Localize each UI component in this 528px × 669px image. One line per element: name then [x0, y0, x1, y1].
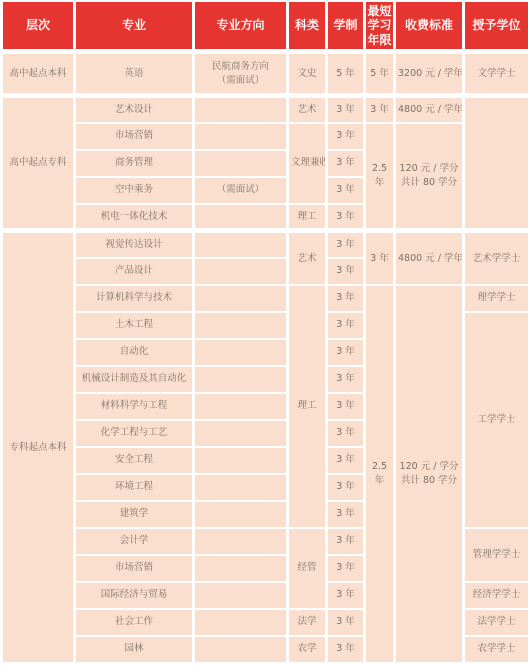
direction-cell — [194, 150, 288, 177]
fee-cell: 120 元 / 学分 共计 80 学分 — [395, 123, 464, 231]
degree-cell: 经济学学士 — [464, 582, 528, 609]
duration-cell: 3 年 — [327, 636, 365, 663]
header-row: 层次 专业 专业方向 科类 学制 最短学习年限 收费标准 授予学位 — [2, 1, 528, 52]
major-cell: 国际经济与贸易 — [75, 582, 194, 609]
level-cell: 高中起点本科 — [2, 52, 75, 96]
direction-cell — [194, 258, 288, 285]
category-cell: 文理兼收 — [288, 123, 327, 204]
duration-cell: 3 年 — [327, 285, 365, 312]
duration-cell: 3 年 — [327, 609, 365, 636]
direction-cell — [194, 555, 288, 582]
direction-cell — [194, 501, 288, 528]
direction-cell — [194, 393, 288, 420]
direction-cell: （需面试） — [194, 177, 288, 204]
direction-cell — [194, 420, 288, 447]
direction-line2: （需面试） — [197, 74, 284, 88]
min-years-cell: 3 年 — [365, 96, 395, 123]
major-cell: 商务管理 — [75, 150, 194, 177]
degree-cell: 文学学士 — [464, 52, 528, 96]
header-min-years: 最短学习年限 — [365, 1, 395, 52]
duration-cell: 3 年 — [327, 582, 365, 609]
direction-line1: 民航商务方向 — [197, 60, 284, 74]
major-cell: 空中乘务 — [75, 177, 194, 204]
header-major: 专业 — [75, 1, 194, 52]
major-cell: 安全工程 — [75, 447, 194, 474]
direction-cell — [194, 339, 288, 366]
duration-cell: 3 年 — [327, 501, 365, 528]
direction-cell — [194, 609, 288, 636]
major-cell: 视觉传达设计 — [75, 231, 194, 258]
direction-cell — [194, 582, 288, 609]
fee-line1: 120 元 / 学分 — [398, 162, 460, 176]
major-cell: 自动化 — [75, 339, 194, 366]
major-cell: 机械设计制造及其自动化 — [75, 366, 194, 393]
direction-cell — [194, 123, 288, 150]
category-cell: 艺术 — [288, 231, 327, 285]
direction-cell — [194, 312, 288, 339]
header-duration: 学制 — [327, 1, 365, 52]
major-cell: 社会工作 — [75, 609, 194, 636]
table-row: 高中起点本科 英语 民航商务方向 （需面试） 文史 5 年 5 年 3200 元… — [2, 52, 528, 96]
table-row: 计算机科学与技术 理工 3 年 2.5 年 120 元 / 学分 共计 80 学… — [2, 285, 528, 312]
table-row: 市场营销 文理兼收 3 年 2.5 年 120 元 / 学分 共计 80 学分 — [2, 123, 528, 150]
table-row: 专科起点本科 视觉传达设计 艺术 3 年 3 年 4800 元 / 学年 艺术学… — [2, 231, 528, 258]
major-cell: 市场营销 — [75, 555, 194, 582]
direction-cell — [194, 636, 288, 663]
major-cell: 机电一体化技术 — [75, 204, 194, 231]
direction-cell — [194, 528, 288, 555]
major-cell: 艺术设计 — [75, 96, 194, 123]
major-cell: 计算机科学与技术 — [75, 285, 194, 312]
header-level: 层次 — [2, 1, 75, 52]
duration-cell: 5 年 — [327, 52, 365, 96]
fee-cell: 120 元 / 学分 共计 80 学分 — [395, 285, 464, 663]
major-cell: 市场营销 — [75, 123, 194, 150]
category-cell: 艺术 — [288, 96, 327, 123]
direction-cell: 民航商务方向 （需面试） — [194, 52, 288, 96]
duration-cell: 3 年 — [327, 474, 365, 501]
direction-cell — [194, 366, 288, 393]
header-degree: 授予学位 — [464, 1, 528, 52]
direction-cell — [194, 204, 288, 231]
degree-cell: 理学学士 — [464, 285, 528, 312]
duration-cell: 3 年 — [327, 555, 365, 582]
duration-cell: 3 年 — [327, 204, 365, 231]
min-years-cell: 5 年 — [365, 52, 395, 96]
category-cell: 农学 — [288, 636, 327, 663]
duration-cell: 3 年 — [327, 447, 365, 474]
direction-cell — [194, 285, 288, 312]
header-category: 科类 — [288, 1, 327, 52]
major-cell: 产品设计 — [75, 258, 194, 285]
level-cell: 高中起点专科 — [2, 96, 75, 231]
fee-cell: 4800 元 / 学年 — [395, 231, 464, 285]
duration-cell: 3 年 — [327, 393, 365, 420]
admissions-program-table: 层次 专业 专业方向 科类 学制 最短学习年限 收费标准 授予学位 高中起点本科… — [0, 0, 528, 664]
degree-cell: 农学学士 — [464, 636, 528, 663]
duration-cell: 3 年 — [327, 312, 365, 339]
fee-line2: 共计 80 学分 — [398, 176, 460, 190]
duration-cell: 3 年 — [327, 258, 365, 285]
duration-cell: 3 年 — [327, 420, 365, 447]
direction-cell — [194, 231, 288, 258]
major-cell: 环境工程 — [75, 474, 194, 501]
direction-cell — [194, 96, 288, 123]
header-direction: 专业方向 — [194, 1, 288, 52]
major-cell: 土木工程 — [75, 312, 194, 339]
major-cell: 化学工程与工艺 — [75, 420, 194, 447]
degree-cell — [464, 96, 528, 231]
major-cell: 建筑学 — [75, 501, 194, 528]
duration-cell: 3 年 — [327, 528, 365, 555]
major-cell: 英语 — [75, 52, 194, 96]
direction-cell — [194, 447, 288, 474]
duration-cell: 3 年 — [327, 366, 365, 393]
duration-cell: 3 年 — [327, 339, 365, 366]
degree-cell: 工学学士 — [464, 312, 528, 528]
degree-cell: 艺术学学士 — [464, 231, 528, 285]
level-cell: 专科起点本科 — [2, 231, 75, 663]
category-cell: 法学 — [288, 609, 327, 636]
major-cell: 园林 — [75, 636, 194, 663]
major-cell: 材料科学与工程 — [75, 393, 194, 420]
category-cell: 理工 — [288, 285, 327, 528]
duration-cell: 3 年 — [327, 150, 365, 177]
fee-cell: 3200 元 / 学年 — [395, 52, 464, 96]
major-cell: 会计学 — [75, 528, 194, 555]
header-fee: 收费标准 — [395, 1, 464, 52]
category-cell: 文史 — [288, 52, 327, 96]
fee-line2: 共计 80 学分 — [398, 474, 460, 488]
duration-cell: 3 年 — [327, 231, 365, 258]
min-years-cell: 3 年 — [365, 231, 395, 285]
fee-line1: 120 元 / 学分 — [398, 460, 460, 474]
duration-cell: 3 年 — [327, 177, 365, 204]
category-cell: 理工 — [288, 204, 327, 231]
duration-cell: 3 年 — [327, 123, 365, 150]
min-years-cell: 2.5 年 — [365, 285, 395, 663]
duration-cell: 3 年 — [327, 96, 365, 123]
min-years-cell: 2.5 年 — [365, 123, 395, 231]
table-row: 高中起点专科 艺术设计 艺术 3 年 3 年 4800 元 / 学年 — [2, 96, 528, 123]
fee-cell: 4800 元 / 学年 — [395, 96, 464, 123]
degree-cell: 法学学士 — [464, 609, 528, 636]
category-cell: 经管 — [288, 528, 327, 609]
direction-cell — [194, 474, 288, 501]
degree-cell: 管理学学士 — [464, 528, 528, 582]
